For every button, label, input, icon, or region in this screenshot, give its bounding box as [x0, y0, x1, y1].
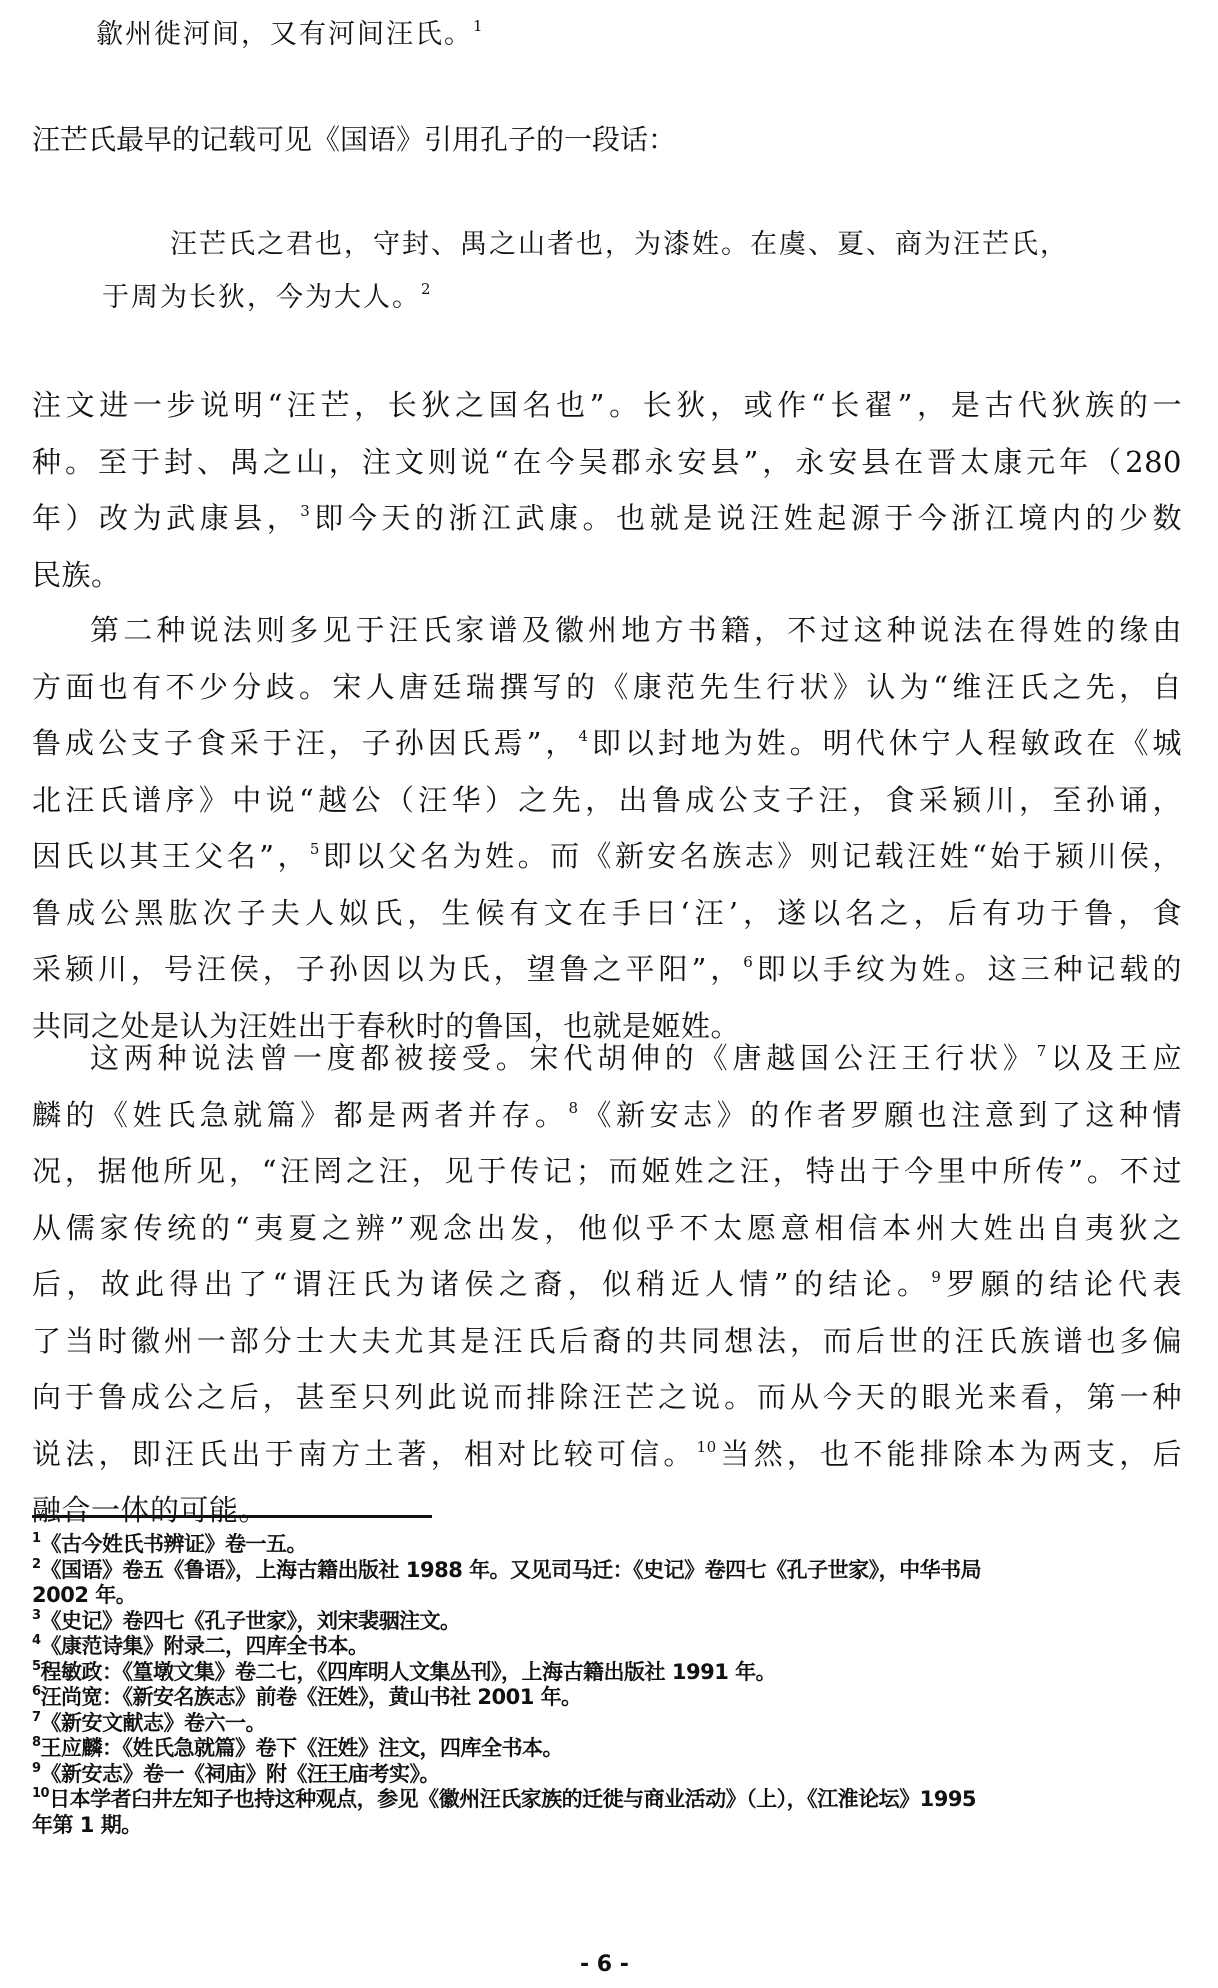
paragraph-line: 采颍川，号汪侯，子孙因以为氏，望鲁之平阳”，6即以手纹为姓。这三种记载的: [32, 947, 1182, 988]
footnote-number: 7: [32, 1710, 41, 1725]
paragraph-line: 鲁成公支子食采于汪，子孙因氏焉”，4即以封地为姓。明代休宁人程敏政在《城: [32, 721, 1182, 762]
paragraph-line: 从儒家传统的“夷夏之辨”观念出发，他似乎不太愿意相信本州大姓出自夷狄之: [32, 1206, 1182, 1247]
footnote-ref: 8: [568, 1099, 578, 1117]
footnote-number: 8: [32, 1735, 41, 1750]
paragraph-line: 北汪氏谱序》中说“越公（汪华）之先，出鲁成公支子汪，食采颍川，至孙诵，: [32, 778, 1182, 819]
footnote-ref: 4: [578, 727, 588, 745]
footnote-10-continued: 年第 1 期。: [32, 1809, 142, 1839]
footnote-number: 9: [32, 1761, 41, 1776]
footnote-ref: 7: [1037, 1042, 1047, 1060]
footnote-ref: 6: [743, 953, 753, 971]
paragraph-line: 方面也有不少分歧。宋人唐廷瑞撰写的《康范先生行状》认为“维汪氏之先，自: [32, 665, 1182, 706]
paragraph-line: 因氏以其王父名”，5即以父名为姓。而《新安名族志》则记载汪姓“始于颍川侯，: [32, 834, 1182, 875]
paragraph-line: 后，故此得出了“谓汪氏为诸侯之裔，似稍近人情”的结论。9罗願的结论代表: [32, 1262, 1182, 1303]
footnote-number: 4: [32, 1633, 41, 1648]
footnote-10: 10日本学者臼井左知子也持这种观点，参见《徽州汪氏家族的迁徙与商业活动》（上），…: [32, 1783, 976, 1813]
paragraph-line: 鲁成公黑肱次子夫人姒氏，生候有文在手曰‘汪’，遂以名之，后有功于鲁，食: [32, 891, 1182, 932]
quote-text: 歙州徙河间，又有河间汪氏。: [96, 19, 473, 50]
quote-continuation-line: 歙州徙河间，又有河间汪氏。1: [96, 12, 485, 51]
footnote-ref: 2: [421, 280, 433, 298]
footnote-ref: 1: [473, 17, 485, 35]
footnote-number: 6: [32, 1684, 41, 1699]
lead-sentence: 汪芒氏最早的记载可见《国语》引用孔子的一段话：: [32, 118, 676, 158]
footnote-ref: 3: [300, 502, 310, 520]
quote-text: 于周为长狄，今为大人。: [102, 282, 421, 313]
footnote-number: 2: [32, 1557, 41, 1572]
footnote-number: 10: [32, 1786, 49, 1801]
footnote-number: 3: [32, 1608, 41, 1623]
paragraph-line: 麟的《姓氏急就篇》都是两者并存。8《新安志》的作者罗願也注意到了这种情: [32, 1093, 1182, 1134]
footnote-ref: 5: [310, 840, 320, 858]
paragraph-line: 注文进一步说明“汪芒，长狄之国名也”。长狄，或作“长翟”，是古代狄族的一: [32, 383, 1182, 424]
footnote-number: 5: [32, 1659, 41, 1674]
footnote-ref: 10: [697, 1438, 717, 1456]
block-quote-line-2: 于周为长狄，今为大人。2: [102, 275, 433, 314]
footnote-divider: [32, 1515, 432, 1518]
paragraph-line: 向于鲁成公之后，甚至只列此说而排除汪芒之说。而从今天的眼光来看，第一种: [32, 1375, 1182, 1416]
page-number: - 6 -: [580, 1952, 629, 1977]
paragraph-line: 况，据他所见，“汪罔之汪，见于传记；而姬姓之汪，特出于今里中所传”。不过: [32, 1149, 1182, 1190]
paragraph-line: 民族。: [32, 553, 1182, 594]
footnote-ref: 9: [931, 1268, 941, 1286]
paragraph-line: 第二种说法则多见于汪氏家谱及徽州地方书籍，不过这种说法在得姓的缘由: [90, 608, 1182, 649]
paragraph-line: 融合一体的可能。: [32, 1488, 1182, 1529]
footnote-number: 1: [32, 1531, 41, 1546]
paragraph-line: 说法，即汪氏出于南方土著，相对比较可信。10当然，也不能排除本为两支，后: [32, 1432, 1182, 1473]
paragraph-line: 种。至于封、禺之山，注文则说“在今吴郡永安县”，永安县在晋太康元年（280: [32, 440, 1182, 481]
paragraph-line: 年）改为武康县，3即今天的浙江武康。也就是说汪姓起源于今浙江境内的少数: [32, 496, 1182, 537]
footnote-2: 2《国语》卷五《鲁语》，上海古籍出版社 1988 年。又见司马迁：《史记》卷四七…: [32, 1554, 981, 1584]
paragraph-line: 了当时徽州一部分士大夫尤其是汪氏后裔的共同想法，而后世的汪氏族谱也多偏: [32, 1319, 1182, 1360]
block-quote-line-1: 汪芒氏之君也，守封、禺之山者也，为漆姓。在虞、夏、商为汪芒氏，: [170, 222, 1069, 261]
paragraph-line: 这两种说法曾一度都被接受。宋代胡伸的《唐越国公汪王行状》7以及王应: [90, 1036, 1182, 1077]
